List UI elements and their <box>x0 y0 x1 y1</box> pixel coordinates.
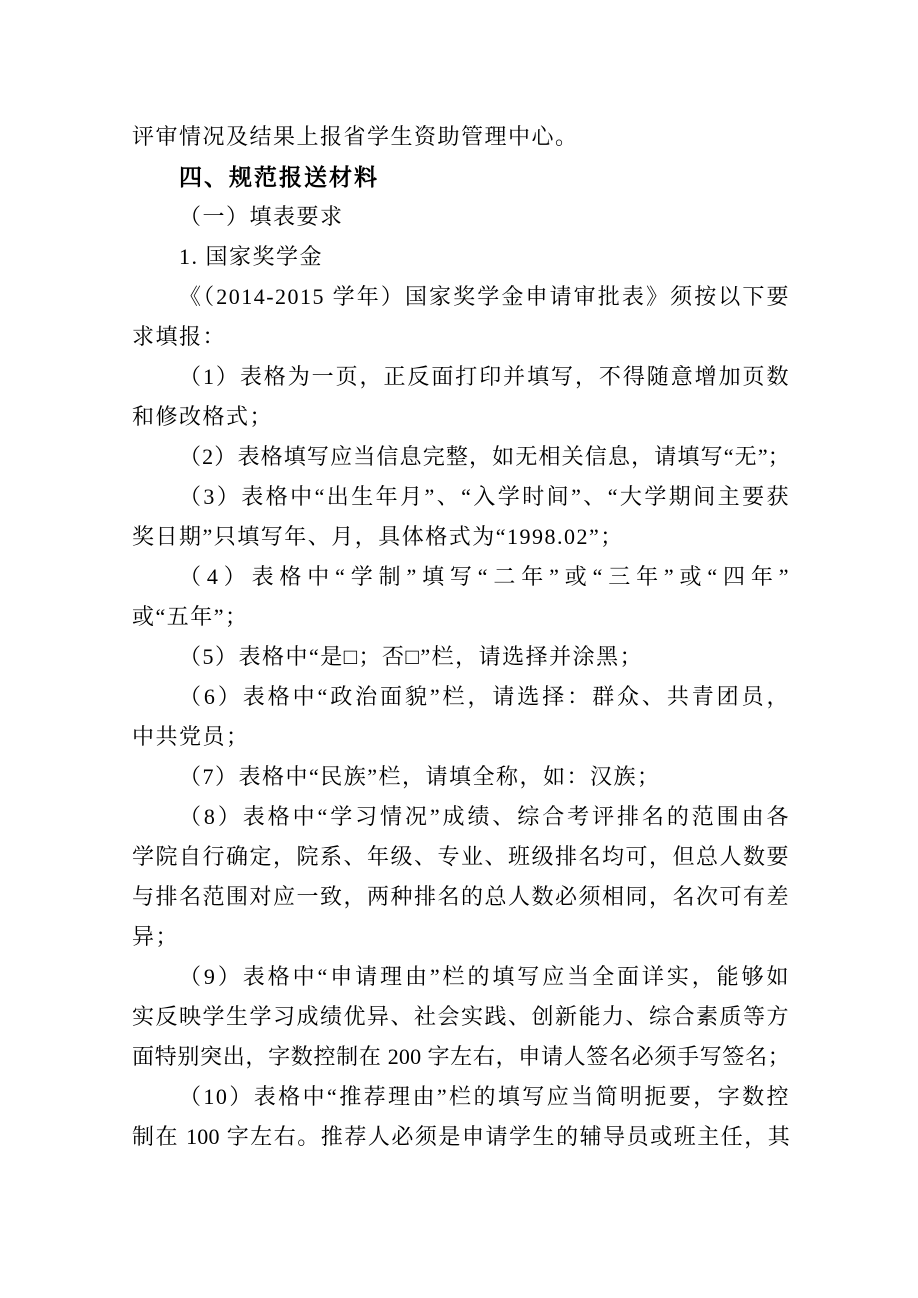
text-line: （5）表格中“是□；否□”栏，请选择并涂黑； <box>132 637 790 677</box>
text-line: 面特别突出，字数控制在 200 字左右，申请人签名必须手写签名； <box>132 1037 790 1077</box>
text-line: 或“五年”； <box>132 597 790 637</box>
text-line: （10）表格中“推荐理由”栏的填写应当简明扼要，字数控 <box>132 1077 790 1117</box>
text-line: （8）表格中“学习情况”成绩、综合考评排名的范围由各 <box>132 797 790 837</box>
text-line: 中共党员； <box>132 717 790 757</box>
text-line: 四、规范报送材料 <box>132 157 790 197</box>
text-line: （7）表格中“民族”栏，请填全称，如：汉族； <box>132 757 790 797</box>
text-line: （6）表格中“政治面貌”栏，请选择：群众、共青团员， <box>132 677 790 717</box>
text-line: （1）表格为一页，正反面打印并填写，不得随意增加页数 <box>132 357 790 397</box>
text-line: 求填报： <box>132 317 790 357</box>
text-line: 异； <box>132 917 790 957</box>
text-line: （9）表格中“申请理由”栏的填写应当全面详实，能够如 <box>132 957 790 997</box>
text-line: 评审情况及结果上报省学生资助管理中心。 <box>132 117 790 157</box>
document-body: 评审情况及结果上报省学生资助管理中心。四、规范报送材料（一）填表要求1. 国家奖… <box>132 117 790 1157</box>
text-line: 《（2014-2015 学年）国家奖学金申请审批表》须按以下要 <box>132 277 790 317</box>
text-line: （2）表格填写应当信息完整，如无相关信息，请填写“无”； <box>132 437 790 477</box>
text-line: 奖日期”只填写年、月，具体格式为“1998.02”； <box>132 517 790 557</box>
text-line: （4）表格中“学制”填写“二年”或“三年”或“四年” <box>132 557 790 597</box>
text-line: 制在 100 字左右。推荐人必须是申请学生的辅导员或班主任，其 <box>132 1117 790 1157</box>
text-line: （一）填表要求 <box>132 197 790 237</box>
text-line: 1. 国家奖学金 <box>132 237 790 277</box>
text-line: 实反映学生学习成绩优异、社会实践、创新能力、综合素质等方 <box>132 997 790 1037</box>
text-line: （3）表格中“出生年月”、“入学时间”、“大学期间主要获 <box>132 477 790 517</box>
text-line: 与排名范围对应一致，两种排名的总人数必须相同，名次可有差 <box>132 877 790 917</box>
document-page: 评审情况及结果上报省学生资助管理中心。四、规范报送材料（一）填表要求1. 国家奖… <box>0 0 918 1298</box>
text-line: 和修改格式； <box>132 397 790 437</box>
text-line: 学院自行确定，院系、年级、专业、班级排名均可，但总人数要 <box>132 837 790 877</box>
